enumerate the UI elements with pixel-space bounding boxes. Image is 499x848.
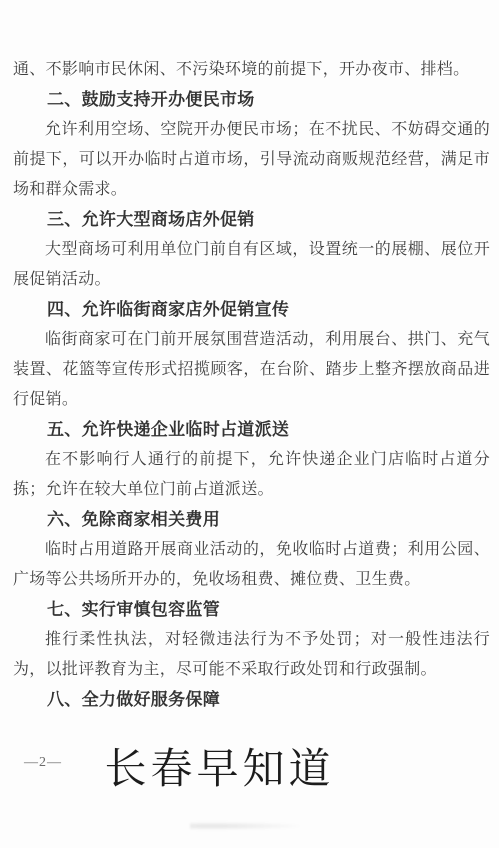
section-heading-2: 二、鼓励支持开办便民市场	[13, 85, 490, 115]
body-continuation-line: 通、不影响市民休闲、不污染环境的前提下，开办夜市、排档。	[13, 55, 490, 85]
section-heading-3: 三、允许大型商场店外促销	[13, 205, 490, 235]
section-paragraph-4: 临街商家可在门前开展氛围营造活动，利用展台、拱门、充气装置、花篮等宣传形式招揽顾…	[13, 325, 490, 415]
document-body: 通、不影响市民休闲、不污染环境的前提下，开办夜市、排档。 二、鼓励支持开办便民市…	[13, 55, 490, 715]
section-paragraph-5: 在不影响行人通行的前提下，允许快递企业门店临时占道分拣；允许在较大单位门前占道派…	[13, 445, 490, 505]
section-paragraph-7: 推行柔性执法，对轻微违法行为不予处罚；对一般性违法行为，以批评教育为主，尽可能不…	[13, 625, 490, 685]
section-paragraph-3: 大型商场可利用单位门前自有区域，设置统一的展棚、展位开展促销活动。	[13, 235, 490, 295]
section-heading-6: 六、免除商家相关费用	[13, 505, 490, 535]
scan-smudge	[190, 822, 300, 830]
section-heading-4: 四、允许临街商家店外促销宣传	[13, 295, 490, 325]
section-heading-8: 八、全力做好服务保障	[13, 685, 490, 715]
section-paragraph-2: 允许利用空场、空院开办便民市场；在不扰民、不妨碍交通的前提下，可以开办临时占道市…	[13, 115, 490, 205]
section-paragraph-6: 临时占用道路开展商业活动的，免收临时占道费；利用公园、广场等公共场所开办的，免收…	[13, 535, 490, 595]
section-heading-7: 七、实行审慎包容监管	[13, 595, 490, 625]
scanned-document-page: 通、不影响市民休闲、不污染环境的前提下，开办夜市、排档。 二、鼓励支持开办便民市…	[0, 0, 499, 848]
watermark-text: 长春早知道	[0, 736, 439, 796]
section-heading-5: 五、允许快递企业临时占道派送	[13, 415, 490, 445]
